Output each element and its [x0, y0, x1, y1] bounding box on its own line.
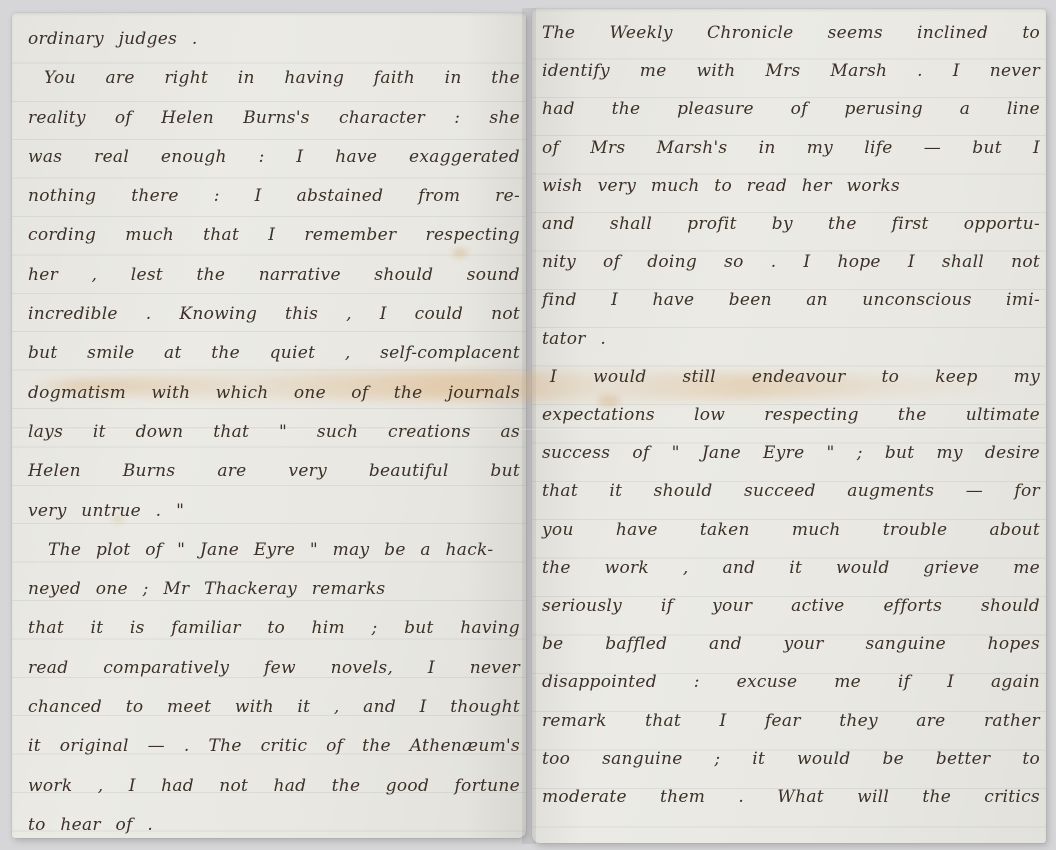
manuscript-line: nothing there : I abstained from re- [28, 177, 520, 216]
manuscript-line: ordinary judges . [28, 20, 520, 59]
manuscript-line: nity of doing so . I hope I shall not [542, 243, 1040, 281]
right-page-text: The Weekly Chronicle seems inclined to i… [542, 14, 1040, 816]
manuscript-line: be baffled and your sanguine hopes [542, 625, 1040, 663]
manuscript-line: the work , and it would grieve me [542, 549, 1040, 587]
manuscript-line: identify me with Mrs Marsh . I never [542, 52, 1040, 90]
manuscript-line: it original — . The critic of the Athenæ… [28, 727, 520, 766]
manuscript-line: cording much that I remember respecting [28, 216, 520, 255]
manuscript-line: The plot of " Jane Eyre " may be a hack- [28, 531, 520, 570]
manuscript-line: too sanguine ; it would be better to [542, 740, 1040, 778]
manuscript-line: wish very much to read her works [542, 167, 1040, 205]
manuscript-line: you have taken much trouble about [542, 511, 1040, 549]
manuscript-line: disappointed : excuse me if I again [542, 663, 1040, 701]
manuscript-line: success of " Jane Eyre " ; but my desire [542, 434, 1040, 472]
manuscript-line: seriously if your active efforts should [542, 587, 1040, 625]
manuscript-line: Helen Burns are very beautiful but [28, 452, 520, 491]
letter-photograph: ordinary judges . You are right in havin… [0, 0, 1056, 850]
manuscript-line: dogmatism with which one of the journals [28, 374, 520, 413]
manuscript-line: reality of Helen Burns's character : she [28, 99, 520, 138]
manuscript-line: incredible . Knowing this , I could not [28, 295, 520, 334]
manuscript-line: had the pleasure of perusing a line [542, 90, 1040, 128]
manuscript-line: to hear of . [28, 806, 520, 845]
manuscript-line: The Weekly Chronicle seems inclined to [542, 14, 1040, 52]
manuscript-line: find I have been an unconscious imi- [542, 281, 1040, 319]
manuscript-line: that it is familiar to him ; but having [28, 609, 520, 648]
manuscript-line: of Mrs Marsh's in my life — but I [542, 129, 1040, 167]
manuscript-line: chanced to meet with it , and I thought [28, 688, 520, 727]
manuscript-line: very untrue . " [28, 492, 520, 531]
manuscript-line: and shall profit by the first opportu- [542, 205, 1040, 243]
manuscript-line: You are right in having faith in the [28, 59, 520, 98]
manuscript-line: tator . [542, 320, 1040, 358]
left-page-text: ordinary judges . You are right in havin… [28, 20, 520, 845]
manuscript-line: her , lest the narrative should sound [28, 256, 520, 295]
manuscript-line: neyed one ; Mr Thackeray remarks [28, 570, 520, 609]
manuscript-line: but smile at the quiet , self-complacent [28, 334, 520, 373]
manuscript-line: work , I had not had the good fortune [28, 767, 520, 806]
manuscript-line: I would still endeavour to keep my [542, 358, 1040, 396]
manuscript-line: lays it down that " such creations as [28, 413, 520, 452]
manuscript-line: read comparatively few novels, I never [28, 649, 520, 688]
manuscript-line: expectations low respecting the ultimate [542, 396, 1040, 434]
manuscript-line: was real enough : I have exaggerated [28, 138, 520, 177]
manuscript-line: moderate them . What will the critics [542, 778, 1040, 816]
manuscript-line: remark that I fear they are rather [542, 702, 1040, 740]
manuscript-line: that it should succeed augments — for [542, 472, 1040, 510]
